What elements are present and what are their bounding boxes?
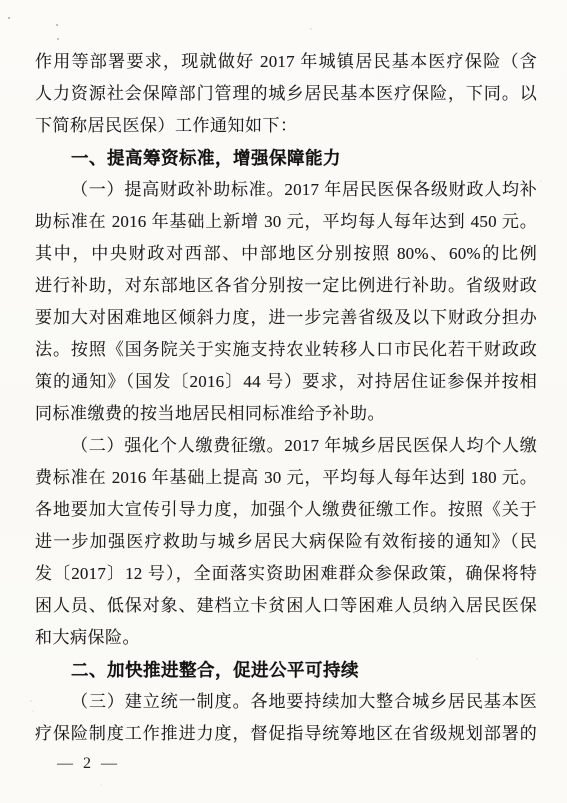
text-line: 助标准在 2016 年基础上新增 30 元，平均每人每年达到 450 元。 <box>35 206 537 238</box>
text-line: 各地要加大宣传引导力度，加强个人缴费征缴工作。按照《关于 <box>35 494 537 526</box>
text-line: （二）强化个人缴费征缴。2017 年城乡居民医保人均个人缴 <box>35 430 537 462</box>
scanned-document-page: 作用等部署要求，现就做好 2017 年城镇居民基本医疗保险（含 人力资源社会保障… <box>0 0 567 803</box>
document-body: 作用等部署要求，现就做好 2017 年城镇居民基本医疗保险（含 人力资源社会保障… <box>35 46 537 750</box>
text-line: 进一步加强医疗救助与城乡居民大病保险有效衔接的通知》（民 <box>35 526 537 558</box>
text-line: 其中，中央财政对西部、中部地区分别按照 80%、60%的比例 <box>35 238 537 270</box>
page-number: — 2 — <box>57 750 120 778</box>
text-line: 策的通知》（国发〔2016〕44 号）要求，对持居住证参保并按相 <box>35 366 537 398</box>
text-line: 人力资源社会保障部门管理的城乡居民基本医疗保险，下同。以 <box>35 78 537 110</box>
text-line: 进行补助，对东部地区各省分别按一定比例进行补助。省级财政 <box>35 270 537 302</box>
text-line: 发〔2017〕12 号），全面落实资助困难群众参保政策，确保将特 <box>35 558 537 590</box>
text-line: 法。按照《国务院关于实施支持农业转移人口市民化若干财政政 <box>35 334 537 366</box>
text-line: 费标准在 2016 年基础上提高 30 元，平均每人每年达到 180 元。 <box>35 462 537 494</box>
text-line: 疗保险制度工作推进力度，督促指导统筹地区在省级规划部署的 <box>35 718 537 750</box>
text-line: （三）建立统一制度。各地要持续加大整合城乡居民基本医 <box>35 686 537 718</box>
scan-noise-specks <box>8 17 10 19</box>
text-line: 同标准缴费的按当地居民相同标准给予补助。 <box>35 398 537 430</box>
text-line: 困人员、低保对象、建档立卡贫困人口等困难人员纳入居民医保 <box>35 590 537 622</box>
text-line: （一）提高财政补助标准。2017 年居民医保各级财政人均补 <box>35 174 537 206</box>
text-line: 和大病保险。 <box>35 622 537 654</box>
text-line: 要加大对困难地区倾斜力度，进一步完善省级及以下财政分担办 <box>35 302 537 334</box>
text-line: 作用等部署要求，现就做好 2017 年城镇居民基本医疗保险（含 <box>35 46 537 78</box>
section-heading: 一、提高筹资标准，增强保障能力 <box>35 142 537 174</box>
section-heading: 二、加快推进整合，促进公平可持续 <box>35 654 537 686</box>
text-line: 下简称居民医保）工作通知如下： <box>35 110 537 142</box>
